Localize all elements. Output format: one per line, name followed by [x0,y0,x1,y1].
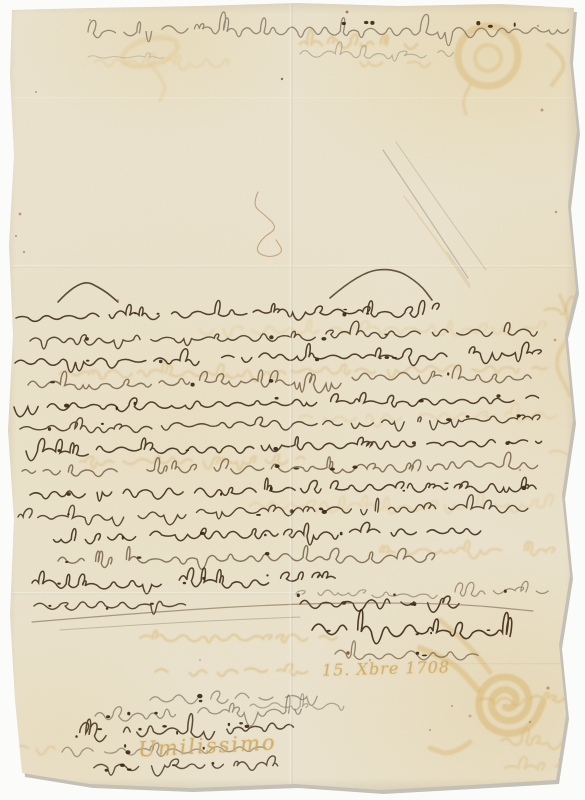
scan-background: 15. Xbre 1708 Umilissimo [0,0,585,800]
paper-sheet [0,0,585,800]
